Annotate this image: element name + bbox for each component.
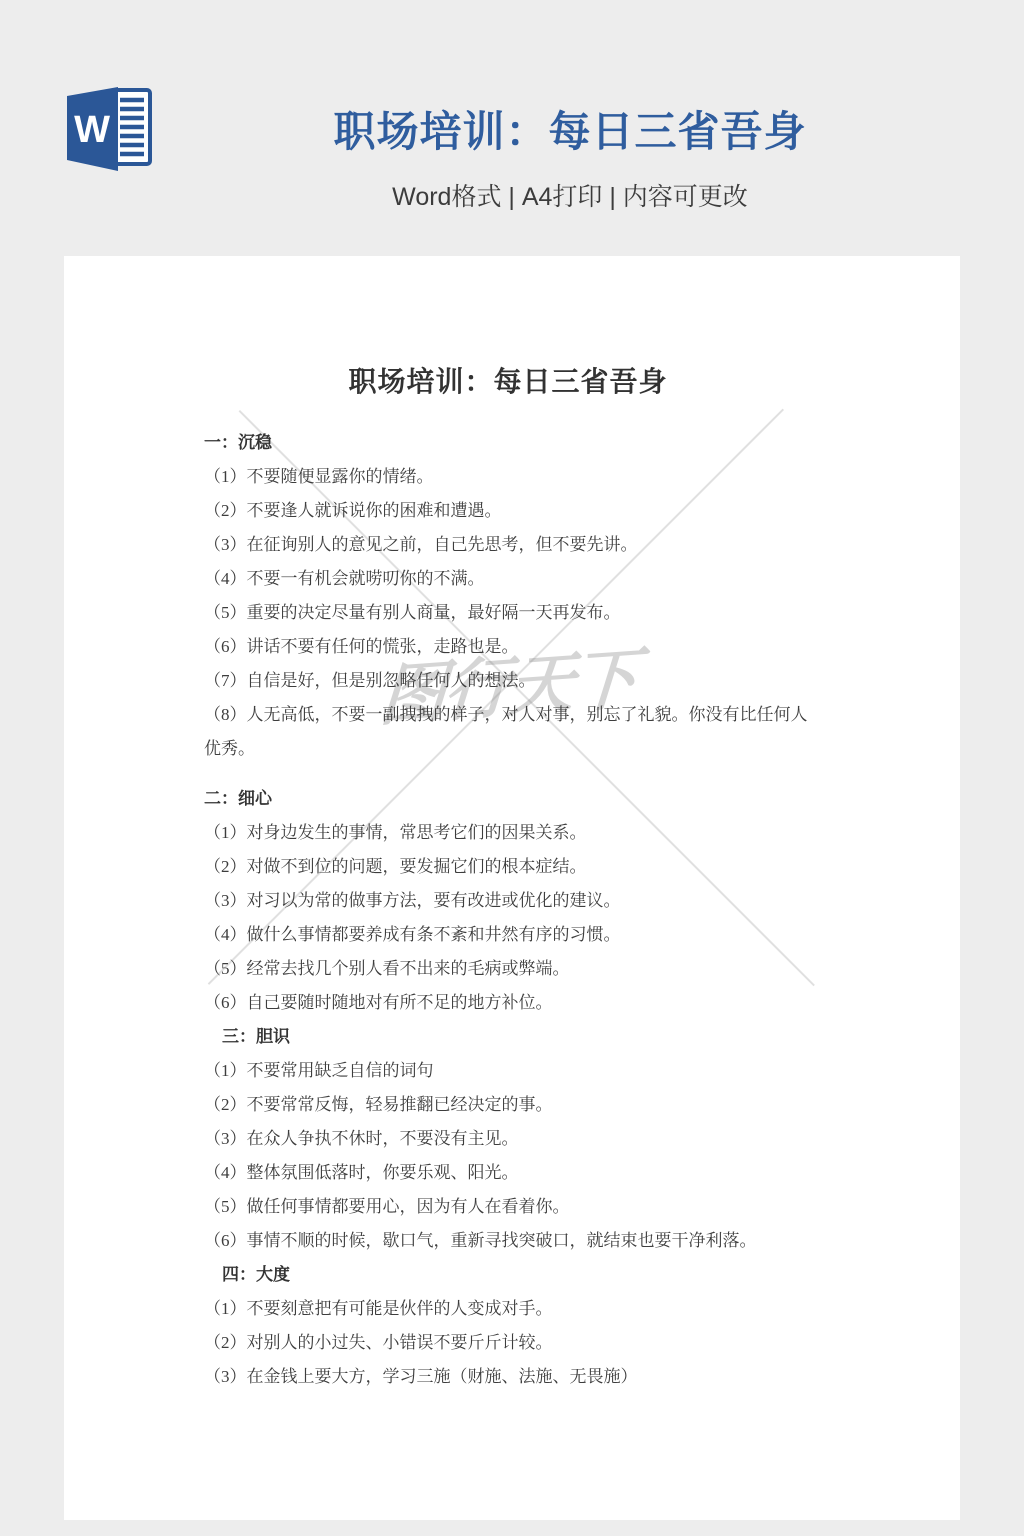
list-item: （5）做任何事情都要用心，因为有人在看着你。 [204,1190,812,1224]
document-section: 三：胆识（1）不要常用缺乏自信的词句（2）不要常常反悔，轻易推翻已经决定的事。（… [204,1020,812,1258]
list-item: （4）做什么事情都要养成有条不紊和井然有序的习惯。 [204,918,812,952]
list-item: （3）对习以为常的做事方法，要有改进或优化的建议。 [204,884,812,918]
word-icon-letter: W [74,109,110,151]
list-item: （2）对别人的小过失、小错误不要斤斤计较。 [204,1326,812,1360]
document-page: 图行天下 职场培训：每日三省吾身 一：沉稳（1）不要随便显露你的情绪。（2）不要… [64,256,960,1520]
list-item: （2）对做不到位的问题，要发掘它们的根本症结。 [204,850,812,884]
section-heading: 一：沉稳 [204,426,812,460]
list-item: （4）不要一有机会就唠叨你的不满。 [204,562,812,596]
section-heading: 二：细心 [204,782,812,816]
document-title: 职场培训：每日三省吾身 [204,366,812,400]
list-item: （7）自信是好，但是别忽略任何人的想法。 [204,664,812,698]
list-item: （1）对身边发生的事情，常思考它们的因果关系。 [204,816,812,850]
list-item: （3）在金钱上要大方，学习三施（财施、法施、无畏施） [204,1360,812,1394]
section-heading: 四：大度 [204,1258,812,1292]
word-icon: W [64,83,154,173]
list-item: （5）经常去找几个别人看不出来的毛病或弊端。 [204,952,812,986]
list-item: （8）人无高低，不要一副拽拽的样子，对人对事，别忘了礼貌。你没有比任何人优秀。 [204,698,812,766]
list-item: （2）不要逢人就诉说你的困难和遭遇。 [204,494,812,528]
document-content: 职场培训：每日三省吾身 一：沉稳（1）不要随便显露你的情绪。（2）不要逢人就诉说… [64,256,960,1394]
list-item: （6）自己要随时随地对有所不足的地方补位。 [204,986,812,1020]
list-item: （5）重要的决定尽量有别人商量，最好隔一天再发布。 [204,596,812,630]
list-item: （3）在征询别人的意见之前，自己先思考，但不要先讲。 [204,528,812,562]
list-item: （3）在众人争执不休时，不要没有主见。 [204,1122,812,1156]
list-item: （1）不要随便显露你的情绪。 [204,460,812,494]
header-text: 职场培训：每日三省吾身 Word格式 | A4打印 | 内容可更改 [170,0,970,212]
document-section: 四：大度（1）不要刻意把有可能是伙伴的人变成对手。（2）对别人的小过失、小错误不… [204,1258,812,1394]
list-item: （6）事情不顺的时候，歇口气，重新寻找突破口，就结束也要干净利落。 [204,1224,812,1258]
template-preview-screen: W 职场培训：每日三省吾身 Word格式 | A4打印 | 内容可更改 图行天下… [0,0,1024,1536]
list-item: （1）不要常用缺乏自信的词句 [204,1054,812,1088]
page-subtitle: Word格式 | A4打印 | 内容可更改 [170,182,970,212]
document-body: 一：沉稳（1）不要随便显露你的情绪。（2）不要逢人就诉说你的困难和遭遇。（3）在… [204,426,812,1394]
list-item: （6）讲话不要有任何的慌张，走路也是。 [204,630,812,664]
list-item: （1）不要刻意把有可能是伙伴的人变成对手。 [204,1292,812,1326]
header: W 职场培训：每日三省吾身 Word格式 | A4打印 | 内容可更改 [0,0,1024,256]
list-item: （2）不要常常反悔，轻易推翻已经决定的事。 [204,1088,812,1122]
list-item: （4）整体氛围低落时，你要乐观、阳光。 [204,1156,812,1190]
word-icon-page-lines [120,100,144,154]
section-heading: 三：胆识 [204,1020,812,1054]
page-title: 职场培训：每日三省吾身 [170,108,970,156]
word-logo-graphic: W [64,83,154,173]
document-section: 二：细心（1）对身边发生的事情，常思考它们的因果关系。（2）对做不到位的问题，要… [204,782,812,1020]
document-section: 一：沉稳（1）不要随便显露你的情绪。（2）不要逢人就诉说你的困难和遭遇。（3）在… [204,426,812,766]
